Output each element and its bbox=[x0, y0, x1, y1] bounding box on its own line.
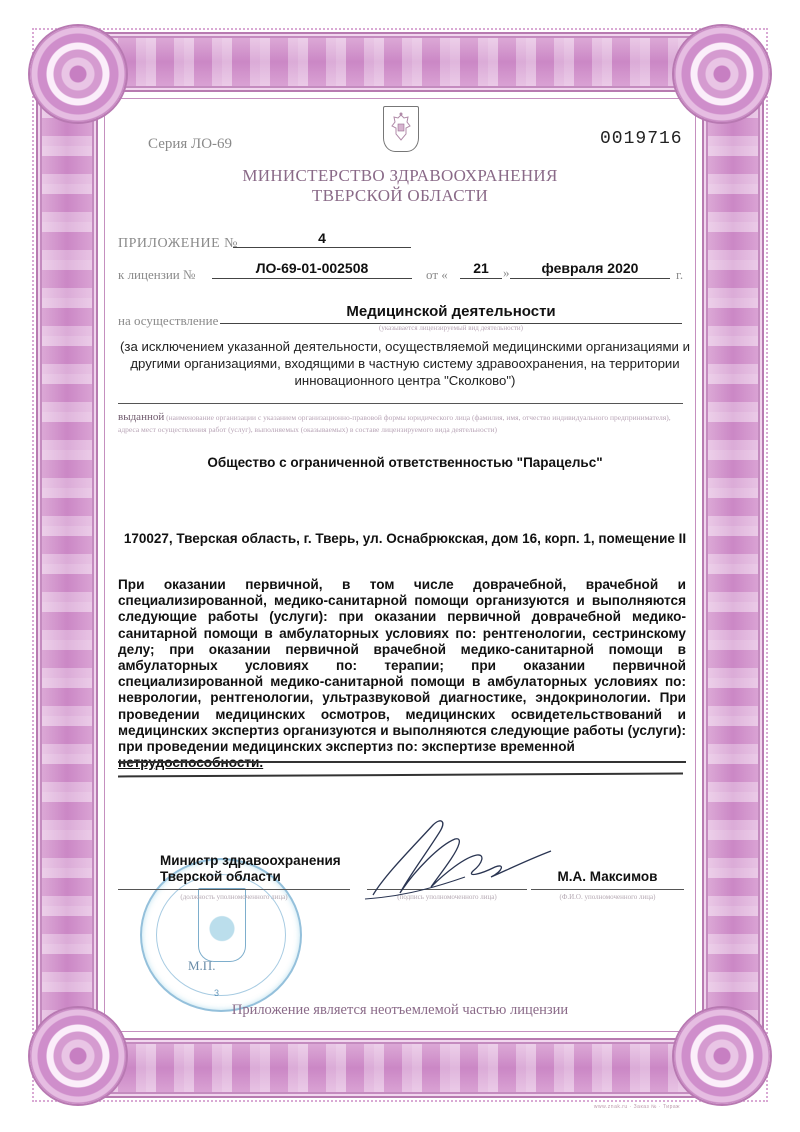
coat-of-arms-icon bbox=[383, 106, 419, 152]
issued-block: выданной (наименование организации с ука… bbox=[118, 411, 686, 436]
license-day: 21 bbox=[460, 260, 502, 279]
organization-address: 170027, Тверская область, г. Тверь, ул. … bbox=[110, 531, 700, 546]
rosette-icon bbox=[674, 26, 770, 122]
date-prefix: от « bbox=[426, 267, 448, 283]
form-number: 0019716 bbox=[600, 129, 683, 149]
footer-note: Приложение является неотъемлемой частью … bbox=[150, 1002, 650, 1019]
ministry-title-line2: ТВЕРСКОЙ ОБЛАСТИ bbox=[150, 186, 650, 206]
appendix-number: 4 bbox=[233, 230, 411, 248]
frame-band-right bbox=[702, 70, 764, 1062]
license-month-year: февраля 2020 bbox=[510, 260, 670, 279]
stamp-mp-label: М.П. bbox=[188, 958, 215, 974]
activity-value: Медицинской деятельности bbox=[220, 303, 682, 320]
frame-band-bottom bbox=[70, 1038, 730, 1098]
rosette-icon bbox=[30, 26, 126, 122]
appendix-label: ПРИЛОЖЕНИЕ № bbox=[118, 236, 238, 252]
activity-label: на осуществление bbox=[118, 313, 218, 329]
date-day-suffix: » bbox=[503, 265, 510, 281]
organization-name: Общество с ограниченной ответственностью… bbox=[110, 455, 700, 470]
activity-field: Медицинской деятельности bbox=[220, 303, 682, 324]
signer-title-line1: Министр здравоохранения bbox=[160, 853, 341, 869]
year-suffix: г. bbox=[676, 267, 683, 283]
handwritten-signature-icon bbox=[355, 815, 555, 900]
divider-line bbox=[118, 761, 686, 763]
signer-title-line bbox=[118, 889, 350, 890]
activity-hint: (указывается лицензируемый вид деятельно… bbox=[220, 324, 682, 332]
printer-tiny-print: www.znak.ru · Заказ № · Тираж bbox=[594, 1104, 680, 1110]
rosette-icon bbox=[30, 1008, 126, 1104]
license-number: ЛО-69-01-002508 bbox=[212, 260, 412, 279]
divider-line bbox=[118, 773, 683, 778]
rosette-icon bbox=[674, 1008, 770, 1104]
ministry-title-line1: МИНИСТЕРСТВО ЗДРАВООХРАНЕНИЯ bbox=[150, 166, 650, 186]
issued-hint: (наименование организации с указанием ор… bbox=[118, 413, 671, 434]
issued-label: выданной bbox=[118, 411, 164, 423]
divider-line bbox=[118, 403, 683, 404]
services-description: При оказании первичной, в том числе довр… bbox=[118, 577, 686, 771]
stamp-number: 3 bbox=[214, 988, 219, 998]
services-text: При оказании первичной, в том числе довр… bbox=[118, 577, 686, 754]
license-label: к лицензии № bbox=[118, 267, 195, 283]
signer-title: Министр здравоохранения Тверской области bbox=[160, 853, 341, 885]
frame-band-top bbox=[70, 32, 730, 92]
series-label: Серия ЛО-69 bbox=[148, 136, 232, 153]
signer-title-hint: (должность уполномоченного лица) bbox=[118, 893, 350, 901]
frame-band-left bbox=[36, 70, 98, 1062]
signer-title-line2: Тверской области bbox=[160, 869, 341, 885]
activity-exception: (за исключением указанной деятельности, … bbox=[110, 338, 700, 389]
